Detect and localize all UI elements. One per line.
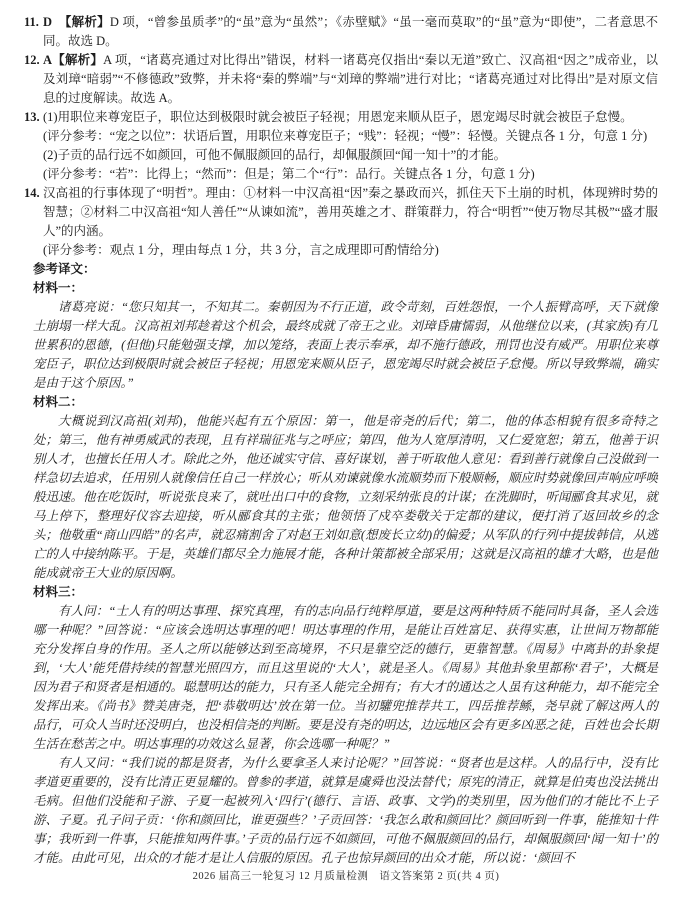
answer-line: D 【解析】D 项，“曾参虽质孝”的“虽”意为“虽然”；《赤壁赋》“虽一毫而莫取… [43,13,658,51]
material-label: 材料三： [33,583,658,602]
material-section: 材料三：有人问：“士人有的明达事理、探究真理，有的志向品行纯粹厚道，要是这两种特… [33,583,658,868]
material-label: 材料一： [33,279,658,298]
answer-line: (评分参考：观点 1 分，理由每点 1 分，共 3 分，言之成理即可酌情给分) [43,241,658,260]
answer-text-segment: 汉高祖的行事体现了“明哲”。理由：①材料一中汉高祖“因”秦之暴政而兴，抓住天下土… [43,186,658,238]
translation-paragraph: 诸葛亮说：“您只知其一，不知其二。秦朝因为不行正道，政令苛刻，百姓怨恨，一个人振… [33,298,658,393]
material-label: 材料二： [33,393,658,412]
answer-text-segment: (评分参考：“宠之以位”：状语后置，用职位来尊宠臣子；“贱”：轻视；“慢”：轻慢… [43,129,647,143]
answer-number: 12. [24,51,40,70]
answer-bold-segment: D 【解析】 [43,15,110,29]
translation-paragraph: 大概说到汉高祖(刘邦)，他能兴起有五个原因：第一，他是帝尧的后代；第二，他的体态… [33,412,658,583]
answer-line: A【解析】A 项，“诸葛亮通过对比得出”错误，材料一诸葛亮仅指出“秦以无道”致亡… [43,51,658,108]
answer-number: 11. [24,13,39,32]
translation-paragraph: 有人又问：“我们说的都是贤者，为什么要拿圣人来讨论呢？”回答说：“贤者也是这样。… [33,754,658,868]
answer-text-segment: (评分参考：“若”：比得上；“然而”：但是；第二个“行”：品行。关键点各 1 分… [43,167,535,181]
answer-text-segment: D 项，“曾参虽质孝”的“虽”意为“虽然”；《赤壁赋》“虽一毫而莫取”的“虽”意… [43,15,658,48]
answer-text-segment: A 项，“诸葛亮通过对比得出”错误，材料一诸葛亮仅指出“秦以无道”致亡、汉高祖“… [43,53,658,105]
answer-line: (评分参考：“若”：比得上；“然而”：但是；第二个“行”：品行。关键点各 1 分… [43,165,658,184]
answer-item: 12.A【解析】A 项，“诸葛亮通过对比得出”错误，材料一诸葛亮仅指出“秦以无道… [24,51,658,108]
answer-number: 13. [24,108,40,127]
answer-item: 11.D 【解析】D 项，“曾参虽质孝”的“虽”意为“虽然”；《赤壁赋》“虽一毫… [24,13,658,51]
page-footer: 2026 届高三一轮复习 12 月质量检测 语文答案第 2 页(共 4 页) [0,867,692,886]
translation-heading: 参考译文： [33,260,658,279]
answer-text-segment: (2)子贡的品行远不如颜回，可他不佩服颜回的品行，却佩服颜回“闻一知十”的才能。 [43,148,506,162]
answer-item: 13.(1)用职位来尊宠臣子，职位达到极限时就会被臣子轻视；用恩宠来顺从臣子，恩… [24,108,658,184]
translation-block: 参考译文： 材料一：诸葛亮说：“您只知其一，不知其二。秦朝因为不行正道，政令苛刻… [33,260,658,868]
answer-bold-segment: A【解析】 [43,53,103,67]
answer-line: (2)子贡的品行远不如颜回，可他不佩服颜回的品行，却佩服颜回“闻一知十”的才能。 [43,146,658,165]
material-section: 材料一：诸葛亮说：“您只知其一，不知其二。秦朝因为不行正道，政令苛刻，百姓怨恨，… [33,279,658,393]
answer-line: 汉高祖的行事体现了“明哲”。理由：①材料一中汉高祖“因”秦之暴政而兴，抓住天下土… [43,184,658,241]
answer-text-segment: (评分参考：观点 1 分，理由每点 1 分，共 3 分，言之成理即可酌情给分) [43,243,439,257]
answer-sheet-page: 11.D 【解析】D 项，“曾参虽质孝”的“虽”意为“虽然”；《赤壁赋》“虽一毫… [0,0,692,901]
translation-sections: 材料一：诸葛亮说：“您只知其一，不知其二。秦朝因为不行正道，政令苛刻，百姓怨恨，… [33,279,658,868]
material-section: 材料二：大概说到汉高祖(刘邦)，他能兴起有五个原因：第一，他是帝尧的后代；第二，… [33,393,658,583]
translation-paragraph: 有人问：“士人有的明达事理、探究真理，有的志向品行纯粹厚道，要是这两种特质不能同… [33,602,658,754]
answer-item: 14.汉高祖的行事体现了“明哲”。理由：①材料一中汉高祖“因”秦之暴政而兴，抓住… [24,184,658,260]
answer-number: 14. [24,184,40,203]
answers-list: 11.D 【解析】D 项，“曾参虽质孝”的“虽”意为“虽然”；《赤壁赋》“虽一毫… [24,13,658,260]
answer-line: (1)用职位来尊宠臣子，职位达到极限时就会被臣子轻视；用恩宠来顺从臣子，恩宠竭尽… [43,108,658,127]
answer-text-segment: (1)用职位来尊宠臣子，职位达到极限时就会被臣子轻视；用恩宠来顺从臣子，恩宠竭尽… [43,110,633,124]
answer-line: (评分参考：“宠之以位”：状语后置，用职位来尊宠臣子；“贱”：轻视；“慢”：轻慢… [43,127,658,146]
